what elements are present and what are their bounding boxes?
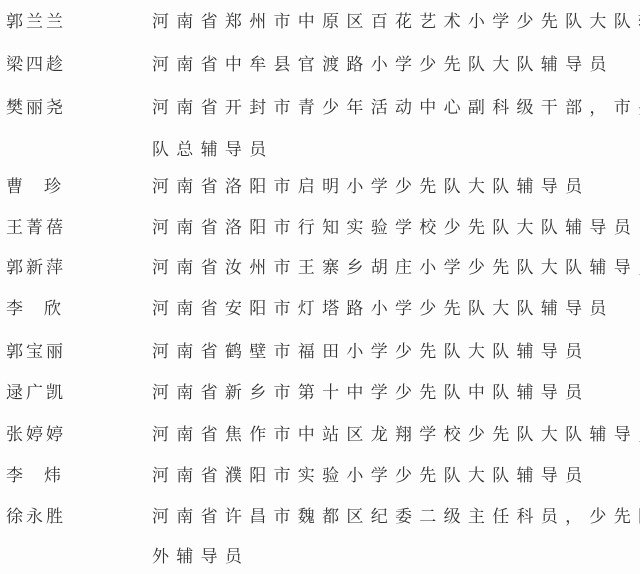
position-description-continued: 外辅导员 <box>152 545 249 569</box>
name-char: 珍 <box>44 175 64 199</box>
position-description: 河南省濮阳市实验小学少先队大队辅导员 <box>152 464 589 488</box>
name-char: 炜 <box>44 464 64 488</box>
position-description: 河南省洛阳市启明小学少先队大队辅导员 <box>152 175 589 199</box>
person-name: 王菁蓓 <box>6 216 76 240</box>
position-description: 河南省安阳市灯塔路小学少先队大队辅导员 <box>152 297 614 321</box>
document-page: 郭兰兰 河南省郑州市中原区百花艺术小学少先队大队辅导员 梁四趁 河南省中牟县官渡… <box>0 0 640 574</box>
person-name: 郭新萍 <box>6 256 76 280</box>
list-item-continuation: 队总辅导员 <box>0 138 640 162</box>
list-item: 张婷婷 河南省焦作市中站区龙翔学校少先队大队辅导员 <box>0 423 640 447</box>
position-description: 河南省鹤壁市福田小学少先队大队辅导员 <box>152 340 589 364</box>
list-item: 郭新萍 河南省汝州市王寨乡胡庄小学少先队大队辅导员 <box>0 256 640 280</box>
position-description: 河南省汝州市王寨乡胡庄小学少先队大队辅导员 <box>152 256 640 280</box>
list-item: 逯广凯 河南省新乡市第十中学少先队中队辅导员 <box>0 381 640 405</box>
person-name: 梁四趁 <box>6 53 76 77</box>
name-char: 李 <box>6 464 26 488</box>
person-name: 李 欣 <box>6 297 76 321</box>
list-item: 王菁蓓 河南省洛阳市行知实验学校少先队大队辅导员 <box>0 216 640 240</box>
list-item: 樊丽尧 河南省开封市青少年活动中心副科级干部，市少先 <box>0 96 640 120</box>
list-item: 郭兰兰 河南省郑州市中原区百花艺术小学少先队大队辅导员 <box>0 10 640 34</box>
list-item: 曹 珍 河南省洛阳市启明小学少先队大队辅导员 <box>0 175 640 199</box>
list-item-continuation: 外辅导员 <box>0 545 640 569</box>
person-name: 徐永胜 <box>6 505 76 529</box>
person-name: 张婷婷 <box>6 423 76 447</box>
name-char: 曹 <box>6 175 26 199</box>
person-name: 郭宝丽 <box>6 340 76 364</box>
list-item: 郭宝丽 河南省鹤壁市福田小学少先队大队辅导员 <box>0 340 640 364</box>
name-char: 欣 <box>44 297 64 321</box>
list-item: 徐永胜 河南省许昌市魏都区纪委二级主任科员，少先队校 <box>0 505 640 529</box>
person-name: 樊丽尧 <box>6 96 76 120</box>
position-description: 河南省郑州市中原区百花艺术小学少先队大队辅导员 <box>152 10 640 34</box>
position-description: 河南省焦作市中站区龙翔学校少先队大队辅导员 <box>152 423 640 447</box>
position-description: 河南省许昌市魏都区纪委二级主任科员，少先队校 <box>152 505 640 529</box>
position-description: 河南省中牟县官渡路小学少先队大队辅导员 <box>152 53 614 77</box>
person-name: 郭兰兰 <box>6 10 76 34</box>
person-name: 李 炜 <box>6 464 76 488</box>
person-name: 逯广凯 <box>6 381 76 405</box>
list-item: 梁四趁 河南省中牟县官渡路小学少先队大队辅导员 <box>0 53 640 77</box>
person-name: 曹 珍 <box>6 175 76 199</box>
list-item: 李 欣 河南省安阳市灯塔路小学少先队大队辅导员 <box>0 297 640 321</box>
name-char: 李 <box>6 297 26 321</box>
position-description: 河南省洛阳市行知实验学校少先队大队辅导员 <box>152 216 638 240</box>
position-description: 河南省开封市青少年活动中心副科级干部，市少先 <box>152 96 640 120</box>
list-item: 李 炜 河南省濮阳市实验小学少先队大队辅导员 <box>0 464 640 488</box>
position-description-continued: 队总辅导员 <box>152 138 274 162</box>
position-description: 河南省新乡市第十中学少先队中队辅导员 <box>152 381 589 405</box>
